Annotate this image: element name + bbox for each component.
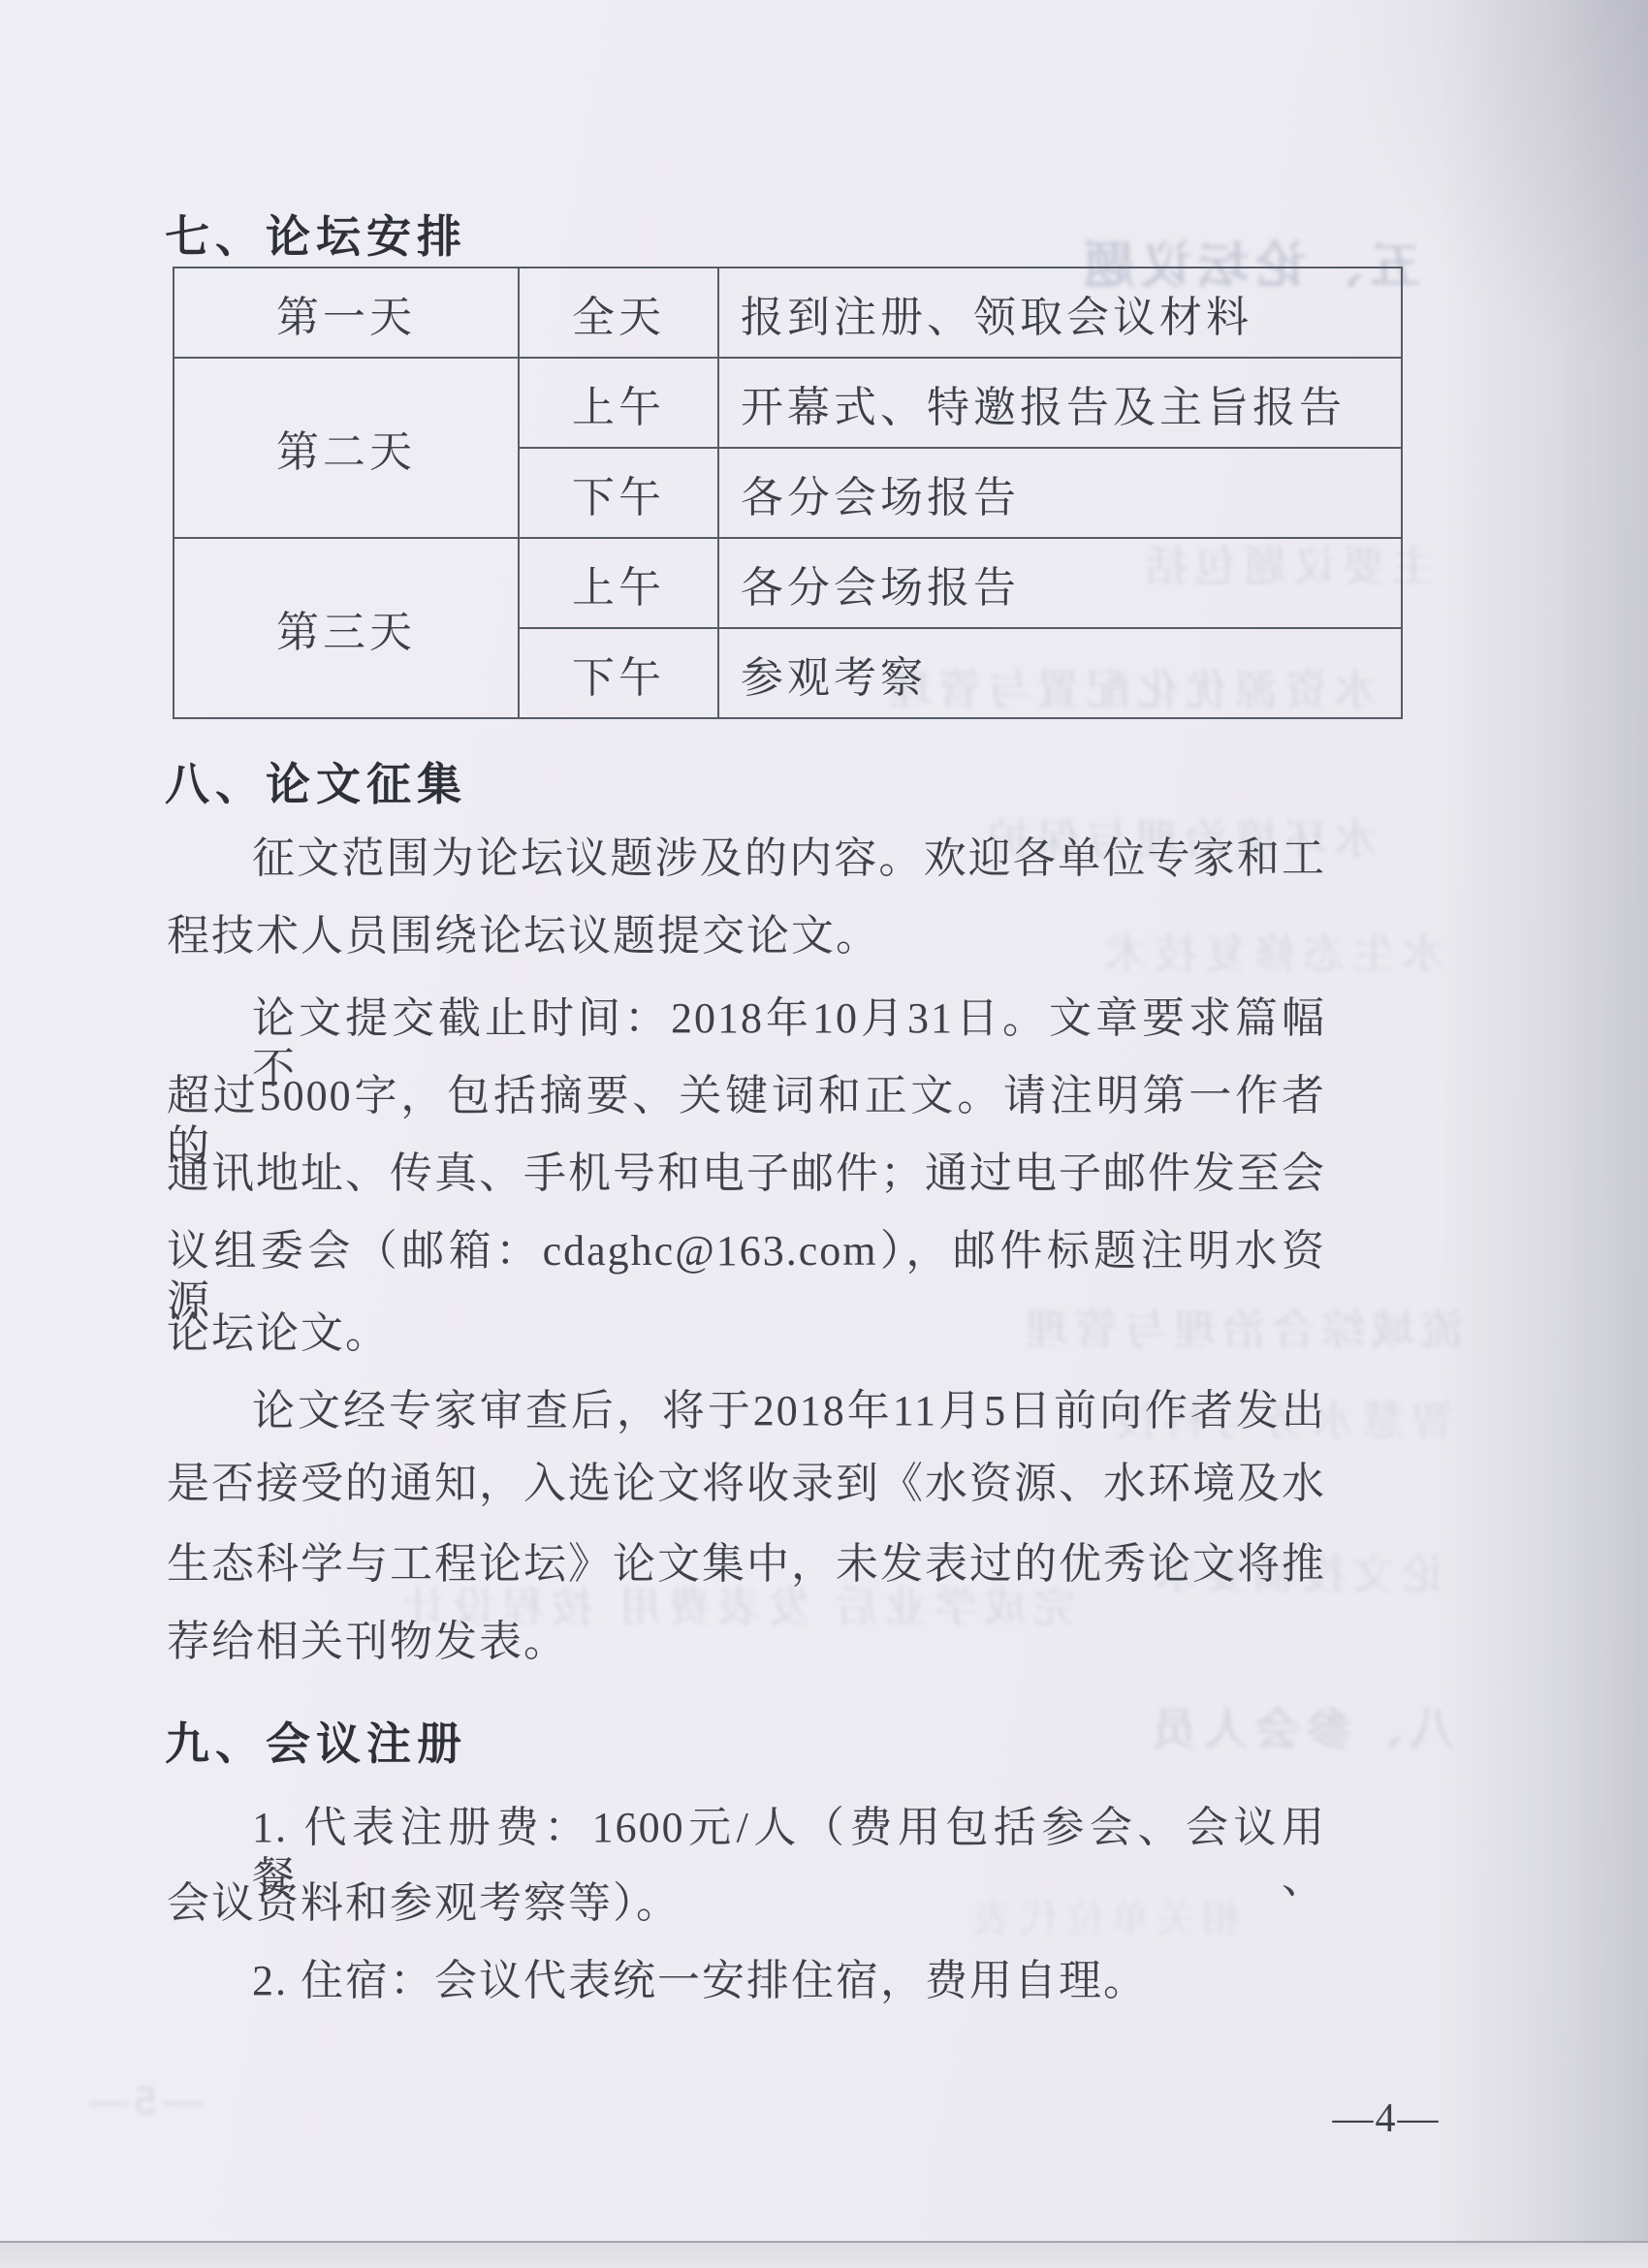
body-line: 通讯地址、传真、手机号和电子邮件；通过电子邮件发至会 <box>167 1149 1326 1199</box>
body-line: 程技术人员围绕论坛议题提交论文。 <box>167 911 1326 961</box>
body-line: 论文经专家审查后，将于2018年11月5日前向作者发出 <box>167 1386 1326 1436</box>
body-line: 会议资料和参观考察等）。 <box>167 1878 1326 1929</box>
schedule-table: 第一天 全天 报到注册、领取会议材料 第二天 上午 开幕式、特邀报告及主旨报告 … <box>173 267 1403 719</box>
table-row: 第二天 上午 开幕式、特邀报告及主旨报告 <box>174 358 1402 448</box>
scanned-document-screenshot: { "sections": { "forum_schedule": { "hea… <box>0 0 1648 2268</box>
body-line: 征文范围为论坛议题涉及的内容。欢迎各单位专家和工 <box>167 834 1326 884</box>
schedule-day-cell: 第一天 <box>174 268 519 358</box>
section-heading-paper-solicitation: 八、论文征集 <box>165 749 467 813</box>
schedule-time-cell: 上午 <box>519 358 718 448</box>
section-heading-registration: 九、会议注册 <box>165 1709 467 1773</box>
schedule-time-cell: 全天 <box>519 268 718 358</box>
page-number: —4— <box>1318 2095 1454 2142</box>
schedule-day-cell: 第二天 <box>174 358 519 538</box>
table-row: 第三天 上午 各分会场报告 <box>174 538 1402 628</box>
body-line: 2. 住宿：会议代表统一安排住宿，费用自理。 <box>167 1956 1326 2006</box>
bleedthrough-text: 八、参会人员 <box>931 1694 1454 1758</box>
scanned-page: 五、论坛议题主要议题包括水资源优化配置与管理水环境治理与保护水生态修复技术流域综… <box>0 0 1648 2243</box>
scan-edge-shadow <box>1440 0 1648 2241</box>
schedule-activity-cell: 各分会场报告 <box>718 538 1402 628</box>
schedule-day-cell: 第三天 <box>174 538 519 718</box>
schedule-activity-cell: 各分会场报告 <box>718 448 1402 538</box>
body-line: 生态科学与工程论坛》论文集中，未发表过的优秀论文将推 <box>167 1539 1326 1590</box>
schedule-activity-cell: 参观考察 <box>718 628 1402 718</box>
section-heading-forum-schedule: 七、论坛安排 <box>165 202 467 266</box>
schedule-time-cell: 下午 <box>519 628 718 718</box>
body-line: 荐给相关刊物发表。 <box>167 1617 1326 1667</box>
schedule-activity-cell: 报到注册、领取会议材料 <box>718 268 1402 358</box>
bleedthrough-text: —5— <box>85 2080 202 2124</box>
table-row: 第一天 全天 报到注册、领取会议材料 <box>174 268 1402 358</box>
schedule-time-cell: 上午 <box>519 538 718 628</box>
scanner-background <box>0 2243 1648 2268</box>
schedule-time-cell: 下午 <box>519 448 718 538</box>
body-line: 是否接受的通知，入选论文将收录到《水资源、水环境及水 <box>167 1459 1326 1509</box>
body-line: 论坛论文。 <box>167 1308 1326 1359</box>
schedule-activity-cell: 开幕式、特邀报告及主旨报告 <box>718 358 1402 448</box>
